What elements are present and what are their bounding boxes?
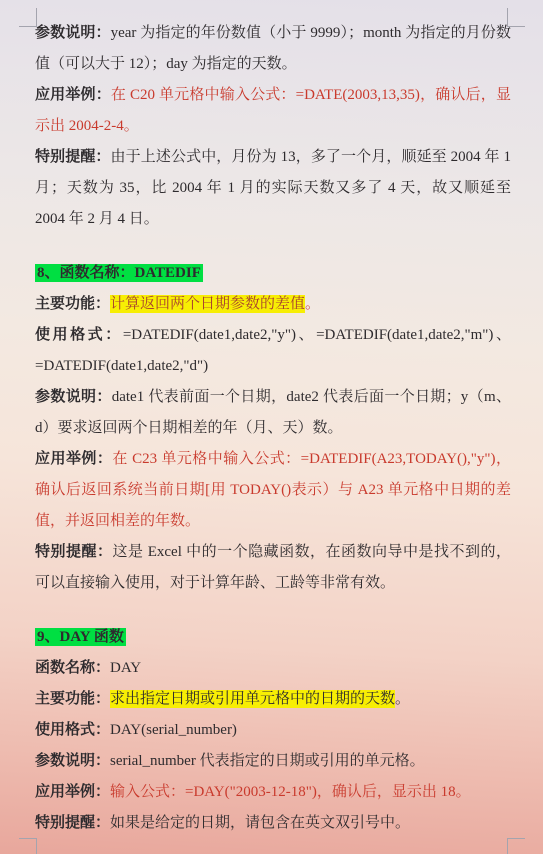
- para-usage-format: 使用格式：DAY(serial_number): [35, 715, 511, 746]
- para-usage-example: 应用举例：输入公式：=DAY("2003-12-18")，确认后，显示出 18。: [35, 777, 511, 808]
- para-highlighted-text: 计算返回两个日期参数的差值: [110, 295, 305, 313]
- para-label: 参数说明：: [35, 753, 110, 769]
- para-function-name: 函数名称：DAY: [35, 653, 511, 684]
- para-main-function: 主要功能：求出指定日期或引用单元格中的日期的天数。: [35, 684, 511, 715]
- para-parameter-description: 参数说明：date1 代表前面一个日期，date2 代表后面一个日期；y（m、d…: [35, 382, 511, 444]
- para-special-note: 特别提醒：这是 Excel 中的一个隐藏函数，在函数向导中是找不到的，可以直接输…: [35, 537, 511, 599]
- para-label: 主要功能：: [35, 691, 110, 707]
- para-label: 使用格式：: [35, 722, 110, 738]
- para-label: 参数说明：: [35, 25, 111, 41]
- para-label: 特别提醒：: [35, 149, 111, 165]
- para-highlighted-text: 求出指定日期或引用单元格中的日期的天数: [110, 690, 395, 708]
- section-date-function: 参数说明：year 为指定的年份数值（小于 9999）；month 为指定的月份…: [35, 18, 511, 235]
- para-label: 特别提醒：: [35, 815, 110, 831]
- section-datedif-function: 8、函数名称：DATEDIF 主要功能：计算返回两个日期参数的差值。 使用格式：…: [35, 258, 511, 599]
- para-text: 输入公式：=DAY("2003-12-18")，确认后，显示出 18。: [110, 784, 471, 800]
- para-label: 函数名称：: [35, 660, 110, 676]
- para-tail: 。: [305, 296, 320, 312]
- para-label: 使用格式：: [35, 327, 123, 343]
- para-label: 特别提醒：: [35, 544, 112, 560]
- para-text: 如果是给定的日期，请包含在英文双引号中。: [110, 815, 410, 831]
- para-label: 主要功能：: [35, 296, 110, 312]
- document-page: 参数说明：year 为指定的年份数值（小于 9999）；month 为指定的月份…: [0, 0, 543, 854]
- document-content: 参数说明：year 为指定的年份数值（小于 9999）；month 为指定的月份…: [35, 18, 511, 839]
- para-text: serial_number 代表指定的日期或引用的单元格。: [110, 753, 425, 769]
- heading-highlight: 9、DAY 函数: [35, 628, 126, 646]
- para-label: 应用举例：: [35, 451, 112, 467]
- para-special-note: 特别提醒：如果是给定的日期，请包含在英文双引号中。: [35, 808, 511, 839]
- para-usage-example: 应用举例：在 C20 单元格中输入公式：=DATE(2003,13,35)，确认…: [35, 80, 511, 142]
- para-parameter-description: 参数说明：serial_number 代表指定的日期或引用的单元格。: [35, 746, 511, 777]
- margin-mark-bottom-right: [507, 838, 525, 854]
- para-label: 应用举例：: [35, 87, 111, 103]
- para-label: 参数说明：: [35, 389, 112, 405]
- margin-mark-bottom-left: [19, 838, 37, 854]
- para-label: 应用举例：: [35, 784, 110, 800]
- para-text: DAY(serial_number): [110, 722, 237, 738]
- para-usage-format: 使用格式：=DATEDIF(date1,date2,"y")、=DATEDIF(…: [35, 320, 511, 382]
- para-parameter-description: 参数说明：year 为指定的年份数值（小于 9999）；month 为指定的月份…: [35, 18, 511, 80]
- section-heading: 9、DAY 函数: [35, 622, 511, 653]
- para-usage-example: 应用举例：在 C23 单元格中输入公式：=DATEDIF(A23,TODAY()…: [35, 444, 511, 537]
- para-main-function: 主要功能：计算返回两个日期参数的差值。: [35, 289, 511, 320]
- section-day-function: 9、DAY 函数 函数名称：DAY 主要功能：求出指定日期或引用单元格中的日期的…: [35, 622, 511, 839]
- heading-highlight: 8、函数名称：DATEDIF: [35, 264, 203, 282]
- para-special-note: 特别提醒：由于上述公式中，月份为 13，多了一个月，顺延至 2004 年 1 月…: [35, 142, 511, 235]
- section-heading: 8、函数名称：DATEDIF: [35, 258, 511, 289]
- para-text: DAY: [110, 660, 141, 676]
- para-tail: 。: [395, 691, 410, 707]
